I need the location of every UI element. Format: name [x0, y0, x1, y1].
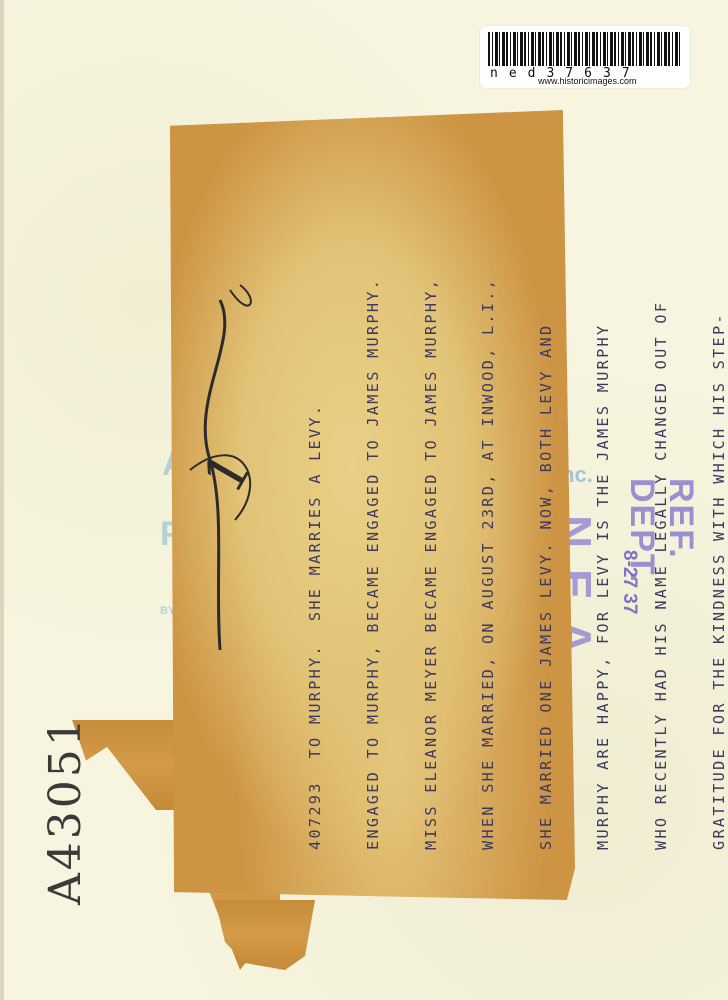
photo-edge	[0, 0, 4, 1000]
caption-line: GRATITUDE FOR THE KINDNESS WITH WHICH HI…	[710, 170, 728, 850]
caption-line: WHO RECENTLY HAD HIS NAME LEGALLY CHANGE…	[652, 170, 671, 850]
caption-line: MURPHY ARE HAPPY, FOR LEVY IS THE JAMES …	[594, 170, 613, 850]
caption-line: WHEN SHE MARRIED, ON AUGUST 23RD, AT INW…	[479, 170, 498, 850]
signature-scribble-icon	[180, 280, 300, 660]
caption-line: ENGAGED TO MURPHY, BECAME ENGAGED TO JAM…	[364, 170, 383, 850]
handwritten-inventory-number: A43051	[40, 715, 91, 905]
barcode-sticker: ned37637 www.historicimages.com	[480, 26, 690, 88]
caption-text: 407293 TO MURPHY. SHE MARRIES A LEVY. EN…	[268, 170, 728, 850]
barcode-url: www.historicimages.com	[538, 76, 637, 86]
caption-line: 407293 TO MURPHY. SHE MARRIES A LEVY.	[306, 170, 325, 850]
caption-line: MISS ELEANOR MEYER BECAME ENGAGED TO JAM…	[422, 170, 441, 850]
caption-line: SHE MARRIED ONE JAMES LEVY. NOW, BOTH LE…	[537, 170, 556, 850]
barcode-icon	[488, 32, 682, 66]
